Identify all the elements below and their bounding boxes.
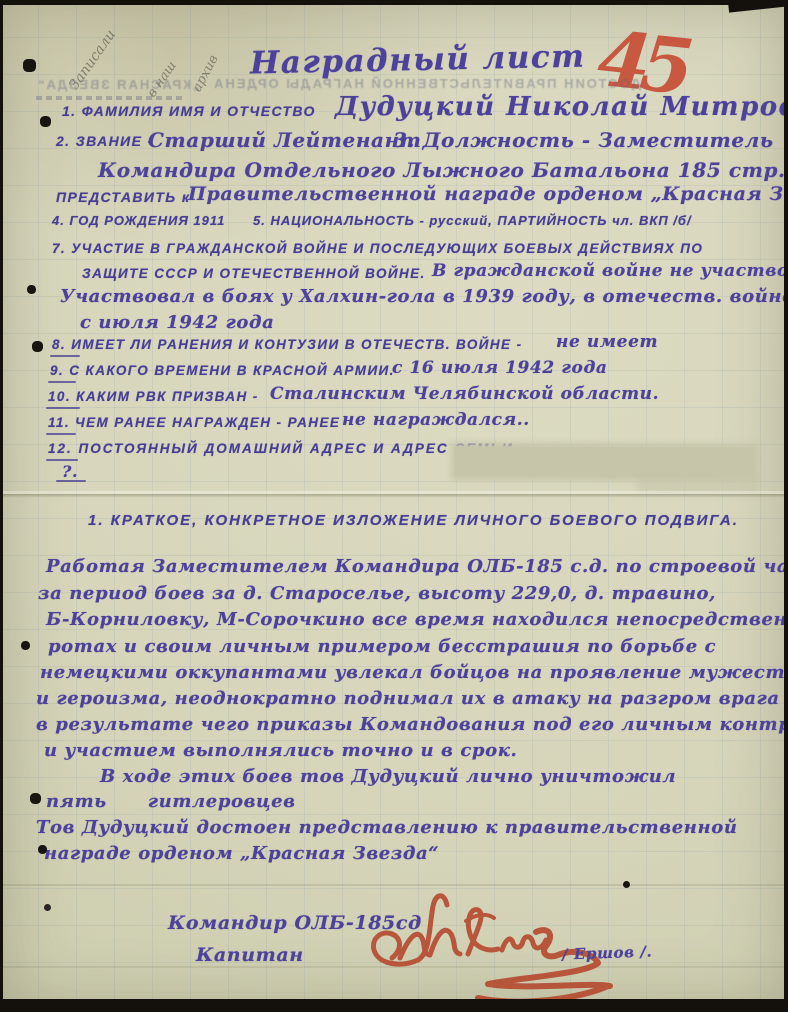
field-8-label: 8. ИМЕЕТ ЛИ РАНЕНИЯ И КОНТУЗИИ В ОТЕЧЕСТ… <box>52 337 522 352</box>
redaction-address <box>455 446 755 478</box>
present-value-award: Правительственной награде орденом „Красн… <box>188 183 788 205</box>
field-12-label: 12. ПОСТОЯННЫЙ ДОМАШНИЙ АДРЕС И АДРЕС СЕ… <box>48 441 519 456</box>
underline-11 <box>46 433 76 435</box>
field-10-label: 10. КАКИМ РВК ПРИЗВАН - <box>48 389 259 404</box>
award-sheet-scan: Записали в наш архив Наградный лист 45 „… <box>0 0 788 1012</box>
feat-line-10: пять гитлеровцев <box>46 791 296 812</box>
field-7-line3: Участвовал в боях у Халхин-гола в 1939 г… <box>60 286 788 307</box>
signature-countersign-ershov: / Ершов /. <box>562 942 653 963</box>
feat-line-1: Работая Заместителем Командира ОЛБ-185 с… <box>46 556 788 577</box>
feat-line-12: награде орденом „Красная Звезда“ <box>44 843 439 864</box>
scan-edge-right <box>784 0 788 1012</box>
field-3-value-position: Командира Отдельного Лыжного Батальона 1… <box>98 158 788 182</box>
field-8-value: не имеет <box>556 332 658 352</box>
field-10-value: Сталинским Челябинской области. <box>270 384 659 404</box>
feat-line-6: и героизма, неоднократно поднимал их в а… <box>36 688 780 709</box>
feat-line-7: в результате чего приказы Командования п… <box>36 714 788 735</box>
signature-title-rank: Капитан <box>196 944 304 966</box>
redaction-address-2 <box>640 478 756 491</box>
present-label: ПРЕДСТАВИТЬ к <box>56 189 190 205</box>
underline-13 <box>56 480 86 482</box>
field-7-line2-caps: ЗАЩИТЕ СССР И ОТЕЧЕСТВЕННОЙ ВОЙНЕ. <box>82 266 426 281</box>
paper-joint-shadow <box>0 494 788 498</box>
scan-edge-left <box>0 0 3 1012</box>
underline-10 <box>46 407 80 409</box>
scan-edge-top <box>0 0 788 5</box>
feat-line-5: немецкими оккупантами увлекал бойцов на … <box>40 662 788 683</box>
underline-9 <box>48 381 76 383</box>
field-11-label: 11. ЧЕМ РАНЕЕ НАГРАЖДЕН - РАНЕЕ <box>48 415 340 430</box>
field-7-line1: 7. УЧАСТИЕ В ГРАЖДАНСКОЙ ВОЙНЕ И ПОСЛЕДУ… <box>52 241 703 256</box>
field-9-label: 9. С КАКОГО ВРЕМЕНИ В КРАСНОЙ АРМИИ. <box>50 363 395 378</box>
feat-line-8: и участием выполнялись точно и в срок. <box>44 740 517 761</box>
field-3-label-position: 3. Должность - Заместитель <box>393 128 774 152</box>
feat-line-4: ротах и своим личным примером бесстрашия… <box>48 636 716 657</box>
field-4-5-birth-nationality: 4. ГОД РОЖДЕНИЯ 1911 5. НАЦИОНАЛЬНОСТЬ -… <box>52 213 692 228</box>
feat-line-11: Тов Дудуцкий достоен представлению к пра… <box>36 817 738 838</box>
feat-line-3: Б-Корниловку, М-Сорочкино все время нахо… <box>46 609 788 630</box>
field-1-label: 1. ФАМИЛИЯ ИМЯ И ОТЧЕСТВО <box>62 103 316 119</box>
underline-12 <box>46 459 78 461</box>
mirrored-stamp-main: ДОСТОИН ПРАВИТЕЛЬСТВЕННОЙ НАГРАДЫ ОРДЕНА <box>212 76 641 91</box>
stamp-dots-row <box>36 96 186 100</box>
scan-edge-bottom <box>0 999 788 1012</box>
field-7-line2-script: В гражданской войне не участвовал, <box>432 261 788 281</box>
field-1-value-name: Дудуцкий Николай Митрофанович <box>335 92 788 122</box>
mirrored-stamp-left: „КРАСНАЯ ЗВЕЗДА“ <box>36 77 200 92</box>
feat-line-9: В ходе этих боев тов Дудуцкий лично унич… <box>100 766 676 787</box>
field-11-value: не награждался.. <box>342 410 530 430</box>
field-7-line4: с июля 1942 года <box>80 312 274 333</box>
field-2-value-rank: Старший Лейтенант <box>148 128 422 152</box>
feat-line-2: за период боев за д. Староселье, высоту … <box>38 583 716 604</box>
field-2-label: 2. ЗВАНИЕ - <box>56 133 154 149</box>
field-9-value: с 16 июля 1942 года <box>392 358 608 378</box>
underline-8 <box>50 355 80 357</box>
feat-section-heading: 1. КРАТКОЕ, КОНКРЕТНОЕ ИЗЛОЖЕНИЕ ЛИЧНОГО… <box>88 512 739 529</box>
field-13-mark: ?. <box>62 462 78 481</box>
